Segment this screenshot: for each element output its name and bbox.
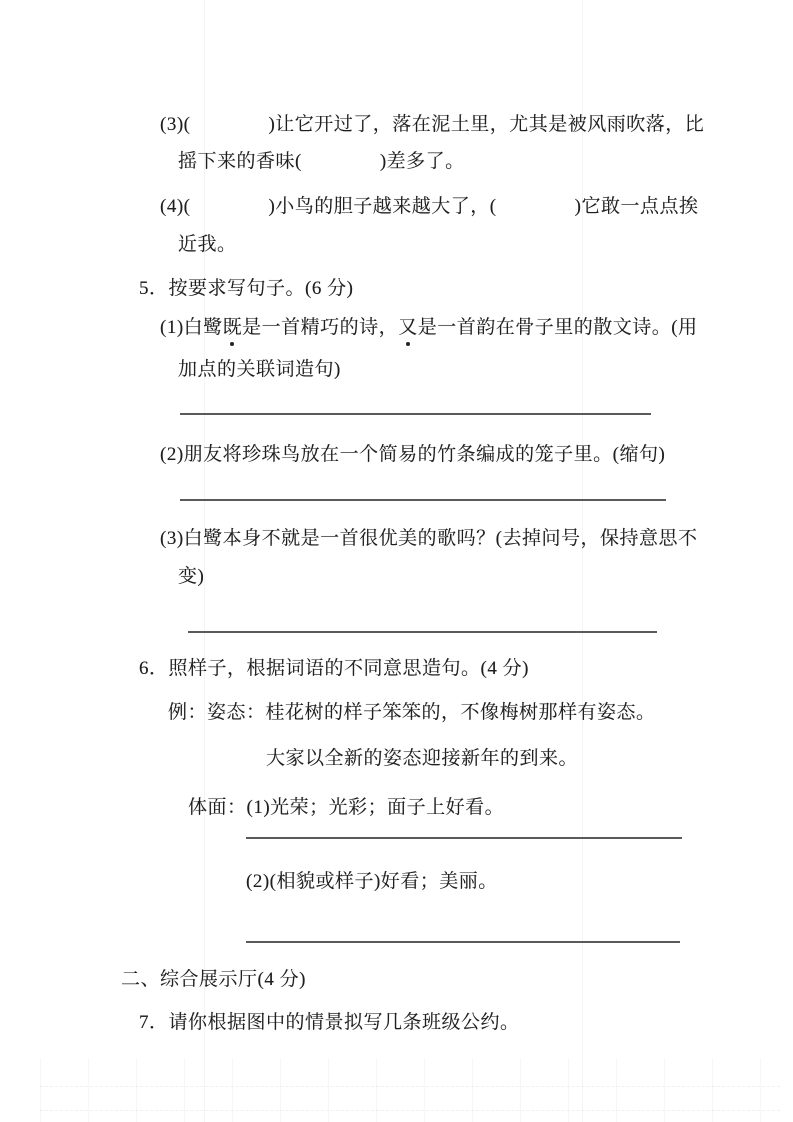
faint-grid-rule-top <box>40 1086 780 1087</box>
faint-grid-rule-bottom <box>40 1110 780 1111</box>
answer-blank-3 <box>188 631 657 633</box>
q5-item1-seg2: 是一首精巧的诗， <box>242 317 398 338</box>
fill-item4-line1: (4)( )小鸟的胆子越来越大了，( )它敢一点点挨 <box>160 194 698 220</box>
exam-paper-page: (3)( )让它开过了，落在泥土里，尤其是被风雨吹落，比 摇下来的香味( )差多… <box>0 0 793 1122</box>
faint-answer-grid <box>40 1058 780 1122</box>
question7-title: 7．请你根据图中的情景拟写几条班级公约。 <box>139 1010 520 1036</box>
fill-item3-line1: (3)( )让它开过了，落在泥土里，尤其是被风雨吹落，比 <box>160 112 704 138</box>
question6-word-meaning2: (2)(相貌或样子)好看；美丽。 <box>246 869 498 895</box>
question6-example-line1: 例：姿态：桂花树的样子笨笨的，不像梅树那样有姿态。 <box>168 700 656 726</box>
section2-title: 二、综合展示厅(4 分) <box>121 967 306 993</box>
q5-item1-seg1: (1)白鹭 <box>160 317 223 338</box>
question5-item2: (2)朋友将珍珠鸟放在一个简易的竹条编成的笼子里。(缩句) <box>160 442 665 468</box>
scan-fold-line-right <box>582 0 583 1122</box>
answer-blank-5 <box>246 941 680 943</box>
question5-item1-line1: (1)白鹭既是一首精巧的诗，又是一首韵在骨子里的散文诗。(用 <box>160 315 698 341</box>
question6-word-meaning1: 体面：(1)光荣；光彩；面子上好看。 <box>188 795 504 821</box>
q5-item1-emphasized-char-ji: 既 <box>223 315 243 341</box>
fill-item3-line2: 摇下来的香味( )差多了。 <box>178 149 465 175</box>
q5-item1-emphasized-char-you: 又 <box>398 315 418 341</box>
question5-item1-line2: 加点的关联词造句) <box>178 357 341 383</box>
answer-blank-4 <box>246 837 682 839</box>
q5-item1-seg3: 是一首韵在骨子里的散文诗。(用 <box>418 317 698 338</box>
answer-blank-1 <box>180 413 651 415</box>
question5-item3-line1: (3)白鹭本身不就是一首很优美的歌吗？(去掉问号，保持意思不 <box>160 526 697 552</box>
question6-example-line2: 大家以全新的姿态迎接新年的到来。 <box>266 746 578 772</box>
question5-item3-line2: 变) <box>178 564 204 590</box>
fill-item4-line2: 近我。 <box>178 232 237 258</box>
question6-title: 6．照样子，根据词语的不同意思造句。(4 分) <box>139 656 529 682</box>
answer-blank-2 <box>180 499 666 501</box>
question5-title: 5．按要求写句子。(6 分) <box>139 276 353 302</box>
